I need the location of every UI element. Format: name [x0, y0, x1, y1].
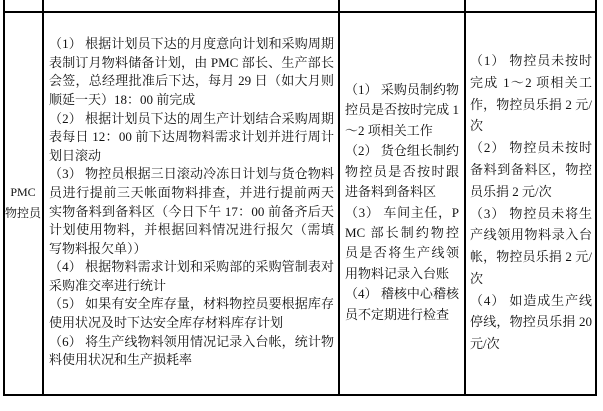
penalty-item: （3） 物控员未将生产线领用物料录入台帐，物控员乐捐 2 元/次: [470, 203, 592, 290]
document-page: PMC 物控员 （1） 根据计划员下达的月度意向计划和采购周期表制订月物料储备计…: [0, 0, 603, 411]
duty-item: （6） 将生产线物料领用情况记录入台帐，统计物料使用状况和生产损耗率: [49, 333, 334, 370]
supervision-item: （4） 稽核中心稽核员不定期进行检查: [345, 284, 459, 325]
table-border-col3-col4: [464, 0, 466, 395]
duty-item: （1） 根据计划员下达的月度意向计划和采购周期表制订月物料储备计划，由 PMC …: [49, 35, 334, 109]
duty-item: （3） 物控员根据三日滚动冷冻日计划与货仓物料员进行提前三天帐面物料排查，并进行…: [49, 165, 334, 258]
penalty-item: （2） 物控员未按时备料到备料区，物控员乐捐 2 元/次: [470, 137, 592, 202]
supervision-item: （2） 货仓组长制约物控员是否按时跟进备料到备料区: [345, 141, 459, 202]
supervision-item: （1） 采购员制约物控员是否按时完成 1～2 项相关工作: [345, 80, 459, 141]
role-cell: PMC 物控员: [4, 12, 42, 393]
duties-cell: （1） 根据计划员下达的月度意向计划和采购周期表制订月物料储备计划，由 PMC …: [49, 12, 334, 393]
supervision-item: （3） 车间主任，PMC 部长制约物控员是否将生产线领用物料记录入台账: [345, 203, 459, 285]
table-border-row-bottom: [3, 394, 597, 396]
supervision-cell: （1） 采购员制约物控员是否按时完成 1～2 项相关工作 （2） 货仓组长制约物…: [345, 12, 459, 393]
role-label: PMC 物控员: [4, 182, 42, 224]
penalty-cell: （1） 物控员未按时完成 1～2 项相关工作，物控员乐捐 2 元/次 （2） 物…: [470, 12, 592, 393]
penalty-item: （1） 物控员未按时完成 1～2 项相关工作，物控员乐捐 2 元/次: [470, 50, 592, 137]
penalty-item: （4） 如造成生产线停线，物控员乐捐 20 元/次: [470, 290, 592, 355]
duty-item: （2） 根据计划员下达的周生产计划结合采购周期表每日 12：00 前下达周物料需…: [49, 110, 334, 166]
table-border-col1-col2: [42, 0, 44, 395]
table-border-right: [595, 0, 597, 395]
table-border-col2-col3: [338, 0, 340, 395]
duty-item: （4） 根据物料需求计划和采购部的采购管制表对采购准交率进行统计: [49, 258, 334, 295]
duty-item: （5） 如果有安全库存量，材料物控员要根据库存使用状况及时下达安全库存材料库存计…: [49, 295, 334, 332]
